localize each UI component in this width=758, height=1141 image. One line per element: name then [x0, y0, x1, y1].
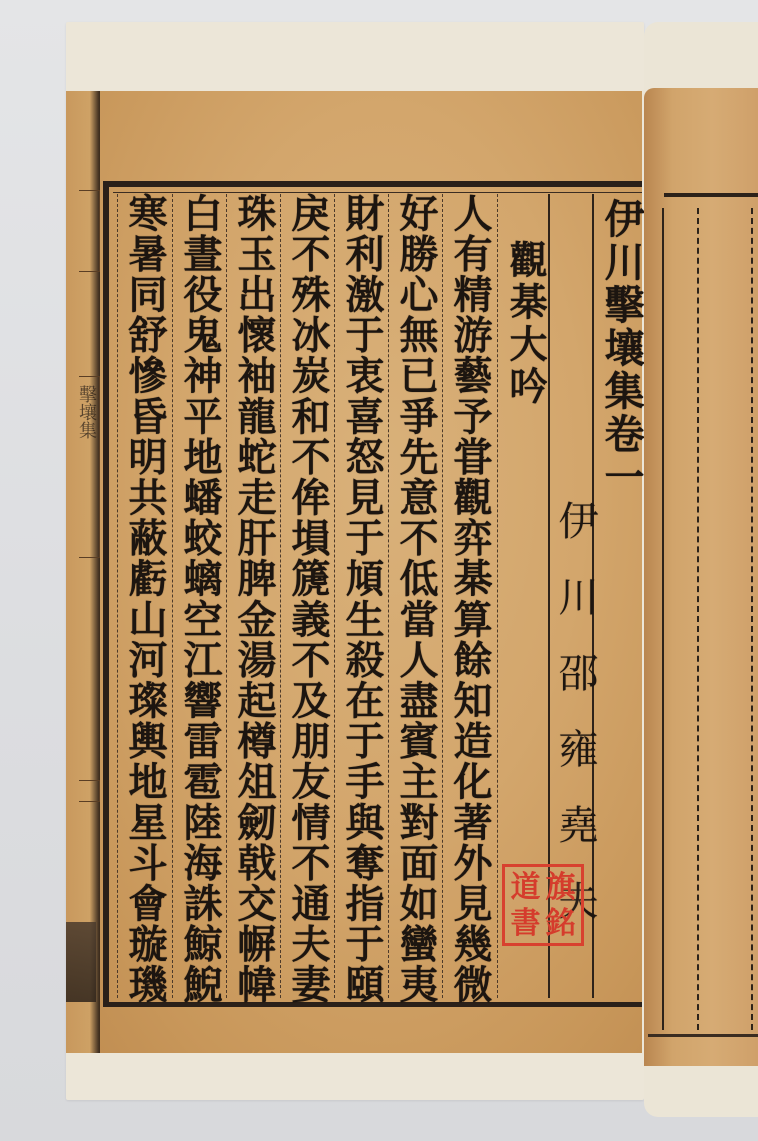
text-column-1: 人有精游藝予甞觀弈棊算餘知造化著外見幾微 [443, 193, 497, 1005]
book-title-column: 伊川擊壤集卷一 [594, 198, 648, 499]
red-seal-stamp: 旗 道 銘 書 [502, 864, 584, 946]
right-page-rule [662, 208, 664, 1030]
text-column-7: 寒暑同舒慘昏明共蔽虧山河璨輿地星斗會璇璣 [118, 193, 172, 1005]
seal-char: 書 [508, 906, 543, 942]
seal-char: 旗 [543, 870, 578, 906]
right-page-rule [697, 208, 699, 1030]
text-column-5: 珠玉出懷袖龍蛇走肝脾金湯起樽俎劒戟交幈幃 [227, 193, 281, 1005]
right-page-frame-bottom [648, 1034, 758, 1037]
seal-char: 道 [508, 870, 543, 906]
fore-edge-dark-mark [66, 922, 96, 1002]
seal-char: 銘 [543, 906, 578, 942]
text-column-4: 戾不殊冰炭和不侔塤篪義不及朋友情不通夫妻 [281, 193, 335, 1005]
fore-edge-fishtail-box [79, 190, 100, 272]
fore-edge-title: 擊壤集 [76, 385, 98, 439]
right-page-rule [751, 208, 753, 1030]
text-column-3: 財利激于衷喜怒見于頄生殺在于手與奪指于頤 [335, 193, 389, 1005]
text-column-2: 好勝心無已爭先意不低當人盡賓主對面如蠻夷 [389, 193, 443, 1005]
poem-title: 觀棊大吟 [498, 240, 552, 408]
fore-edge-page-box [79, 780, 100, 802]
right-page-frame-top [664, 193, 758, 197]
text-column-6: 白晝役鬼神平地蟠蛟螭空江響雷雹陸海誅鯨鯢 [173, 193, 227, 1005]
